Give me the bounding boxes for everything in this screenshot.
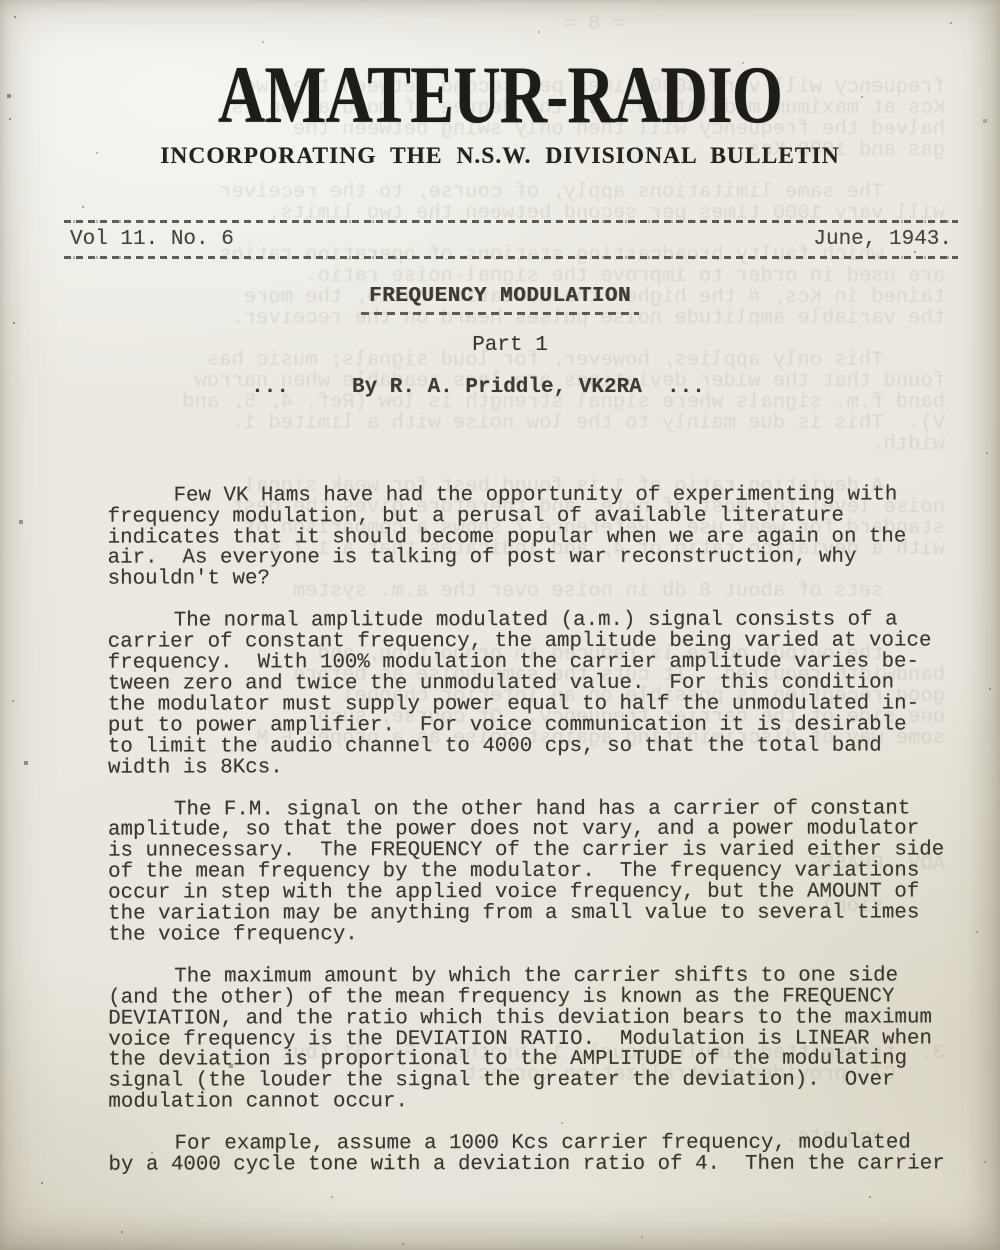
- article-byline: ... By R. A. Priddle, VK2RA ...: [0, 376, 978, 399]
- article-title-underline: [361, 312, 639, 315]
- dashed-rule-top: [64, 220, 958, 223]
- article-title-text: FREQUENCY MODULATION: [369, 285, 631, 308]
- article-title: FREQUENCY MODULATION: [369, 285, 631, 315]
- issue-date: June, 1943.: [813, 228, 952, 251]
- paragraph: Few VK Hams have had the opportunity of …: [108, 485, 966, 591]
- article-part: Part 1: [10, 334, 1000, 357]
- scan-dust-specks: [0, 0, 2, 2]
- article-body: Few VK Hams have had the opportunity of …: [107, 422, 966, 1197]
- scanned-bulletin-page: = 8 = frequency will vary 4000 times per…: [0, 0, 1000, 1250]
- masthead-subtitle: INCORPORATING THE N.S.W. DIVISIONAL BULL…: [0, 143, 1000, 170]
- article-title-wrap: FREQUENCY MODULATION: [0, 285, 1000, 315]
- issue-row: Vol 11. No. 6 June, 1943.: [70, 228, 952, 251]
- volume-number: Vol 11. No. 6: [70, 228, 234, 251]
- paragraph: For example, assume a 1000 Kcs carrier f…: [108, 1134, 966, 1177]
- paragraph: The normal amplitude modulated (a.m.) si…: [108, 611, 966, 779]
- dashed-rule-bottom: [64, 256, 958, 259]
- paragraph: The maximum amount by which the carrier …: [108, 966, 966, 1114]
- masthead-title: AMATEUR-RADIO: [100, 50, 900, 140]
- paragraph: The F.M. signal on the other hand has a …: [108, 799, 966, 947]
